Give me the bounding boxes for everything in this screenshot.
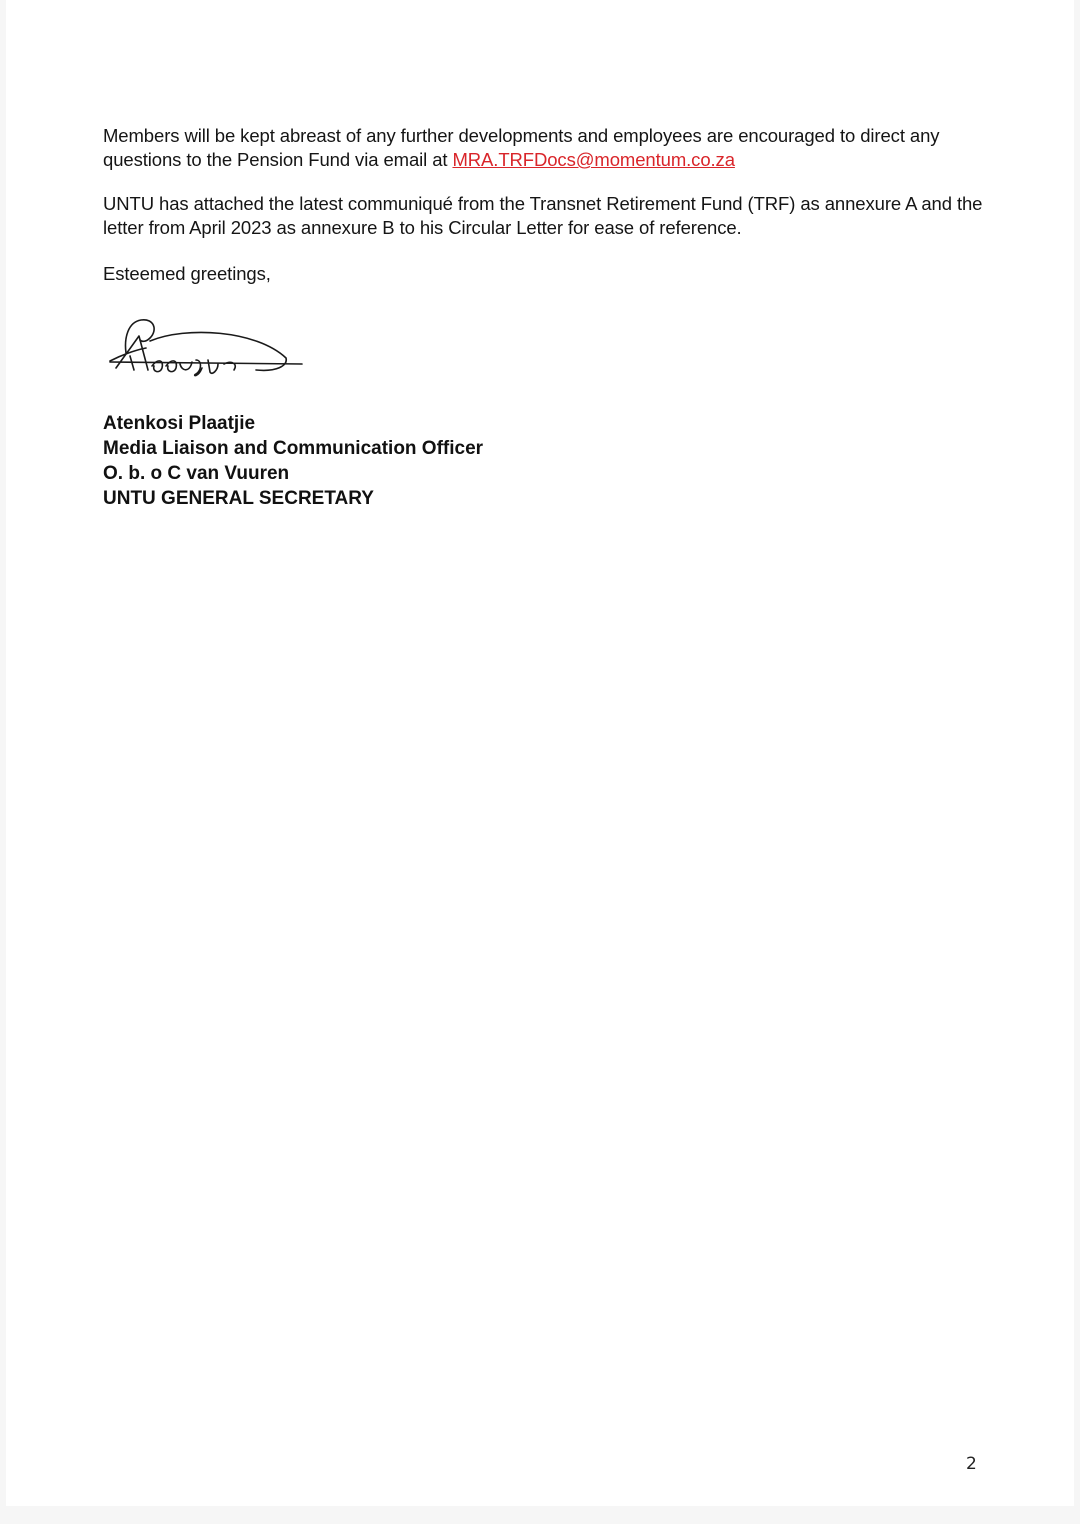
page-number: 2 — [966, 1454, 977, 1474]
signatory-title: Media Liaison and Communication Officer — [103, 436, 483, 461]
closing-greeting: Esteemed greetings, — [103, 262, 1003, 286]
signatory-block: Atenkosi Plaatjie Media Liaison and Comm… — [103, 411, 483, 511]
paragraph-further-developments: Members will be kept abreast of any furt… — [103, 124, 1003, 172]
paragraph-annexures: UNTU has attached the latest communiqué … — [103, 192, 1003, 240]
document-page: Members will be kept abreast of any furt… — [6, 0, 1074, 1506]
email-link[interactable]: MRA.TRFDocs@momentum.co.za — [452, 149, 734, 170]
signatory-name: Atenkosi Plaatjie — [103, 411, 483, 436]
signatory-on-behalf-of: O. b. o C van Vuuren — [103, 461, 483, 486]
signatory-office: UNTU GENERAL SECRETARY — [103, 486, 483, 511]
signature-icon — [106, 308, 306, 388]
